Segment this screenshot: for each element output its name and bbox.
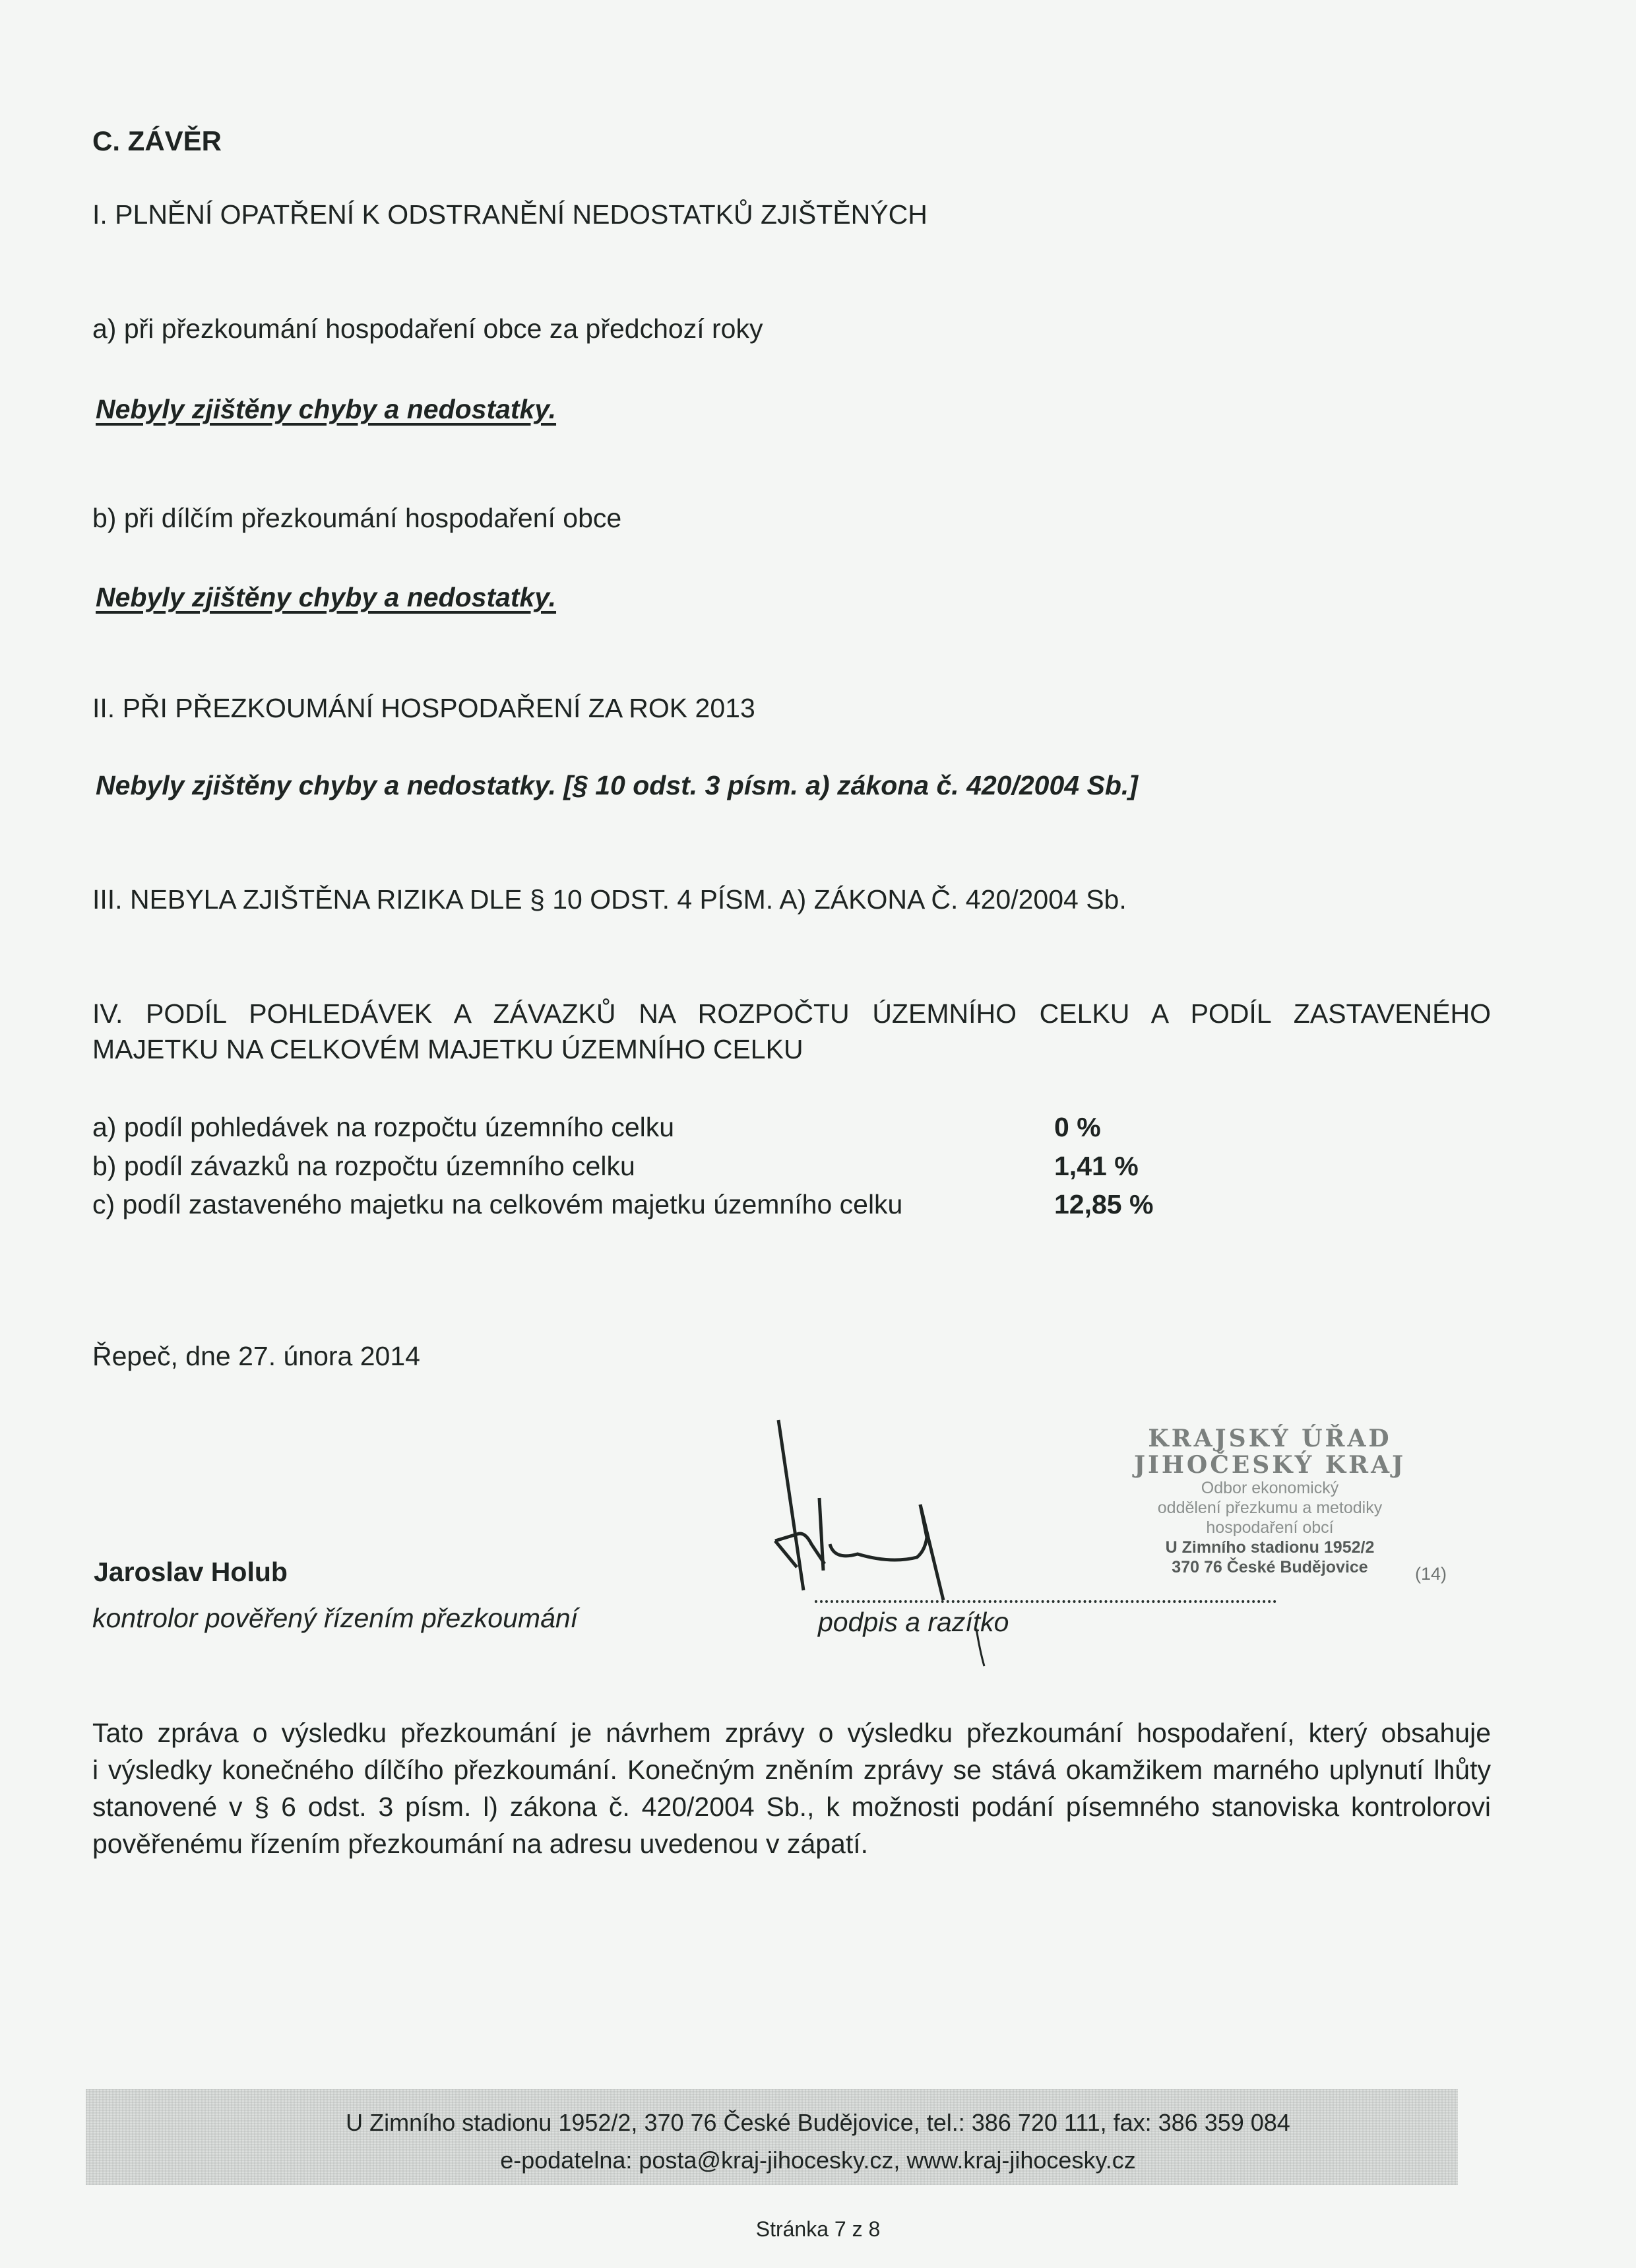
footer-contact: e-podatelna: posta@kraj-jihocesky.cz, ww… [0,2147,1636,2174]
part4-heading-line2: MAJETKU NA CELKOVÉM MAJETKU ÚZEMNÍHO CEL… [92,1036,803,1063]
part1-a-result: Nebyly zjištěny chyby a nedostatky. [96,396,556,423]
part3-heading: III. NEBYLA ZJIŠTĚNA RIZIKA DLE § 10 ODS… [92,886,1127,913]
place-date: Řepeč, dne 27. února 2014 [92,1343,420,1370]
part1-b-label: b) při dílčím přezkoumání hospodaření ob… [92,505,621,532]
stamp-line-2: JIHOČESKÝ KRAJ [1115,1452,1425,1478]
section-title: C. ZÁVĚR [92,125,222,157]
footer-address: U Zimního stadionu 1952/2, 370 76 České … [0,2109,1636,2137]
signatory-name: Jaroslav Holub [94,1559,288,1586]
handwritten-signature [759,1419,1088,1709]
stamp-line-1: KRAJSKÝ ÚŘAD [1115,1425,1425,1452]
part2-heading: II. PŘI PŘEZKOUMÁNÍ HOSPODAŘENÍ ZA ROK 2… [92,695,755,722]
share-label-receivables: a) podíl pohledávek na rozpočtu územního… [92,1114,674,1141]
note-line-1: Tato zpráva o výsledku přezkoumání je ná… [92,1714,1491,1752]
page-number: Stránka 7 z 8 [0,2217,1636,2242]
share-value-liabilities: 1,41 % [1054,1153,1139,1180]
stamp-line-3: Odbor ekonomický [1115,1478,1425,1498]
note-line-4: pověřenému řízením přezkoumání na adresu… [92,1825,1491,1863]
part4-heading-line1: IV. PODÍL POHLEDÁVEK A ZÁVAZKŮ NA ROZPOČ… [92,1000,1491,1027]
stamp-line-6: U Zimního stadionu 1952/2 [1115,1538,1425,1557]
share-value-receivables: 0 % [1054,1114,1101,1141]
stamp-line-7: 370 76 České Budějovice [1115,1557,1425,1577]
note-line-3: stanovené v § 6 odst. 3 písm. l) zákona … [92,1788,1491,1826]
share-value-pledged-assets: 12,85 % [1054,1191,1153,1218]
note-line-2: i výsledky konečného dílčího přezkoumání… [92,1751,1491,1789]
stamp-line-4: oddělení přezkumu a metodiky [1115,1498,1425,1518]
part1-a-label: a) při přezkoumání hospodaření obce za p… [92,315,763,342]
share-label-pledged-assets: c) podíl zastaveného majetku na celkovém… [92,1191,902,1218]
signatory-role: kontrolor pověřený řízením přezkoumání [92,1605,578,1632]
share-label-liabilities: b) podíl závazků na rozpočtu územního ce… [92,1153,635,1180]
official-stamp: KRAJSKÝ ÚŘAD JIHOČESKÝ KRAJ Odbor ekonom… [1115,1425,1425,1577]
part1-b-result: Nebyly zjištěny chyby a nedostatky. [96,584,556,611]
part2-result: Nebyly zjištěny chyby a nedostatky. [§ 1… [96,772,1138,799]
signature-caption: podpis a razítko [818,1609,1009,1636]
signature-line [815,1600,1276,1603]
part1-heading: I. PLNĚNÍ OPATŘENÍ K ODSTRANĚNÍ NEDOSTAT… [92,201,928,228]
stamp-number: (14) [1415,1564,1447,1584]
stamp-line-5: hospodaření obcí [1115,1518,1425,1538]
